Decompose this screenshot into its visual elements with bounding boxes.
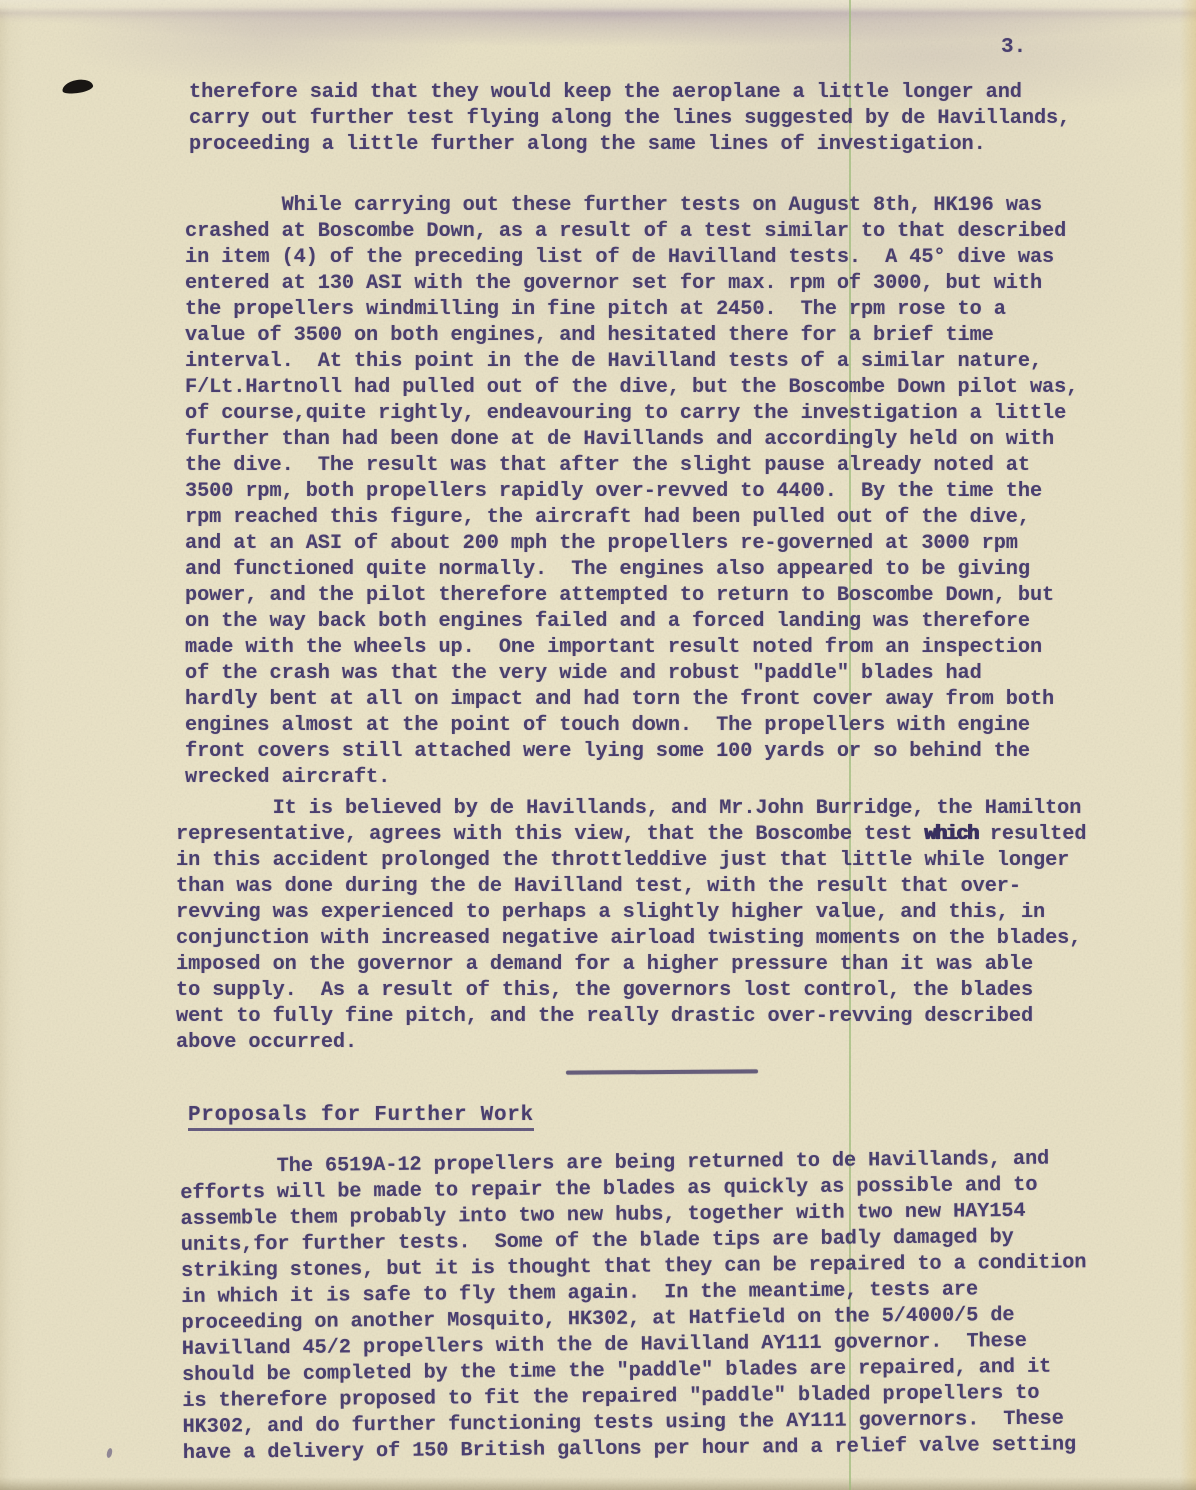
divider-rule [566, 1069, 758, 1074]
page-right-edge-shading [1180, 0, 1196, 1490]
paragraph-text: resulted in this accident prolonged the … [176, 823, 1086, 1054]
overstruck-word: which [924, 823, 977, 846]
page-bottom-edge-shading [0, 1477, 1196, 1490]
paragraph-continuation: therefore said that they would keep the … [189, 80, 1149, 158]
paragraph-belief-analysis: It is believed by de Havillands, and Mr.… [176, 796, 1151, 1056]
section-heading: Proposals for Further Work [188, 1104, 534, 1131]
paragraph-crash-account: While carrying out these further tests o… [185, 193, 1150, 791]
paragraph-proposals: The 6519A-12 propellers are being return… [180, 1146, 1168, 1467]
ink-blot [61, 77, 94, 95]
document-page: 3. therefore said that they would keep t… [0, 0, 1196, 1490]
page-top-edge-shading [0, 0, 1196, 24]
page-number: 3. [1001, 36, 1026, 59]
stray-ink-mark [106, 1448, 113, 1459]
